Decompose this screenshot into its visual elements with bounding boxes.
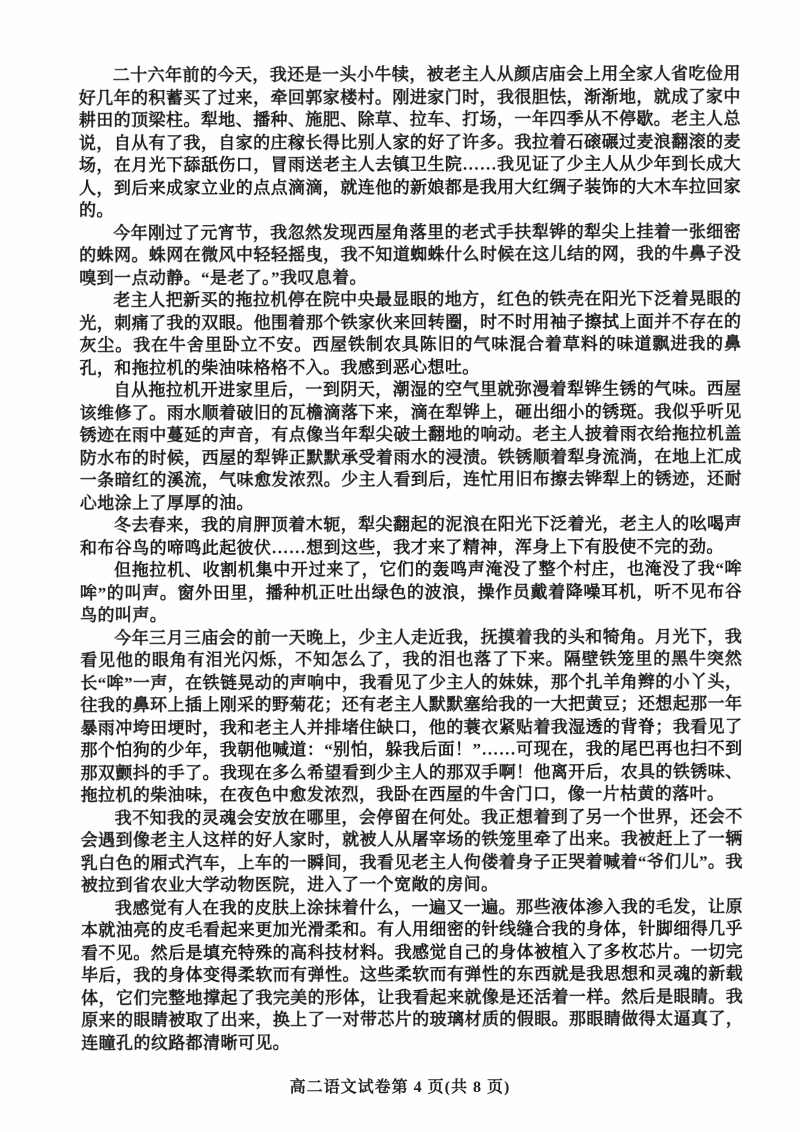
passage-paragraph-3: 老主人把新买的拖拉机停在院中央最显眼的地方，红色的铁壳在阳光下泛着晃眼的光，刺痛…: [79, 288, 741, 380]
exam-scan-page: 二十六年前的今天，我还是一头小牛犊，被老主人从颜店庙会上用全家人省吃俭用好几年的…: [0, 0, 800, 1132]
passage-paragraph-5: 冬去春来，我的肩胛顶着木轭，犁尖翻起的泥浪在阳光下泛着光，老主人的吆喝声和布谷鸟…: [80, 513, 742, 560]
passage-paragraph-9: 我感觉有人在我的皮肤上涂抹着什么，一遍又一遍。那些液体渗入我的毛发，让原本就油亮…: [81, 896, 743, 1055]
passage-paragraph-4: 自从拖拉机开进家里后，一到阴天，潮湿的空气里就弥漫着犁铧生锈的气味。西屋该维修了…: [80, 378, 742, 515]
passage-paragraph-2: 今年刚过了元宵节，我忽然发现西屋角落里的老式手扶犁铧的犁尖上挂着一张细密的蛛网。…: [79, 221, 741, 290]
reading-passage: 二十六年前的今天，我还是一头小牛犊，被老主人从颜店庙会上用全家人省吃俭用好几年的…: [79, 63, 744, 1055]
page-number-footer: 高二语文试卷第 4 页(共 8 页): [0, 1074, 800, 1097]
passage-paragraph-6: 但拖拉机、收割机集中开过来了，它们的轰鸣声淹没了整个村庄，也淹没了我“哞哞”的叫…: [80, 558, 742, 627]
passage-paragraph-8: 我不知我的灵魂会安放在哪里，会停留在何处。我正想着到了另一个世界，还会不会遇到像…: [81, 806, 743, 898]
passage-paragraph-7: 今年三月三庙会的前一天晚上，少主人走近我，抚摸着我的头和犄角。月光下，我看见他的…: [80, 626, 742, 808]
passage-paragraph-1: 二十六年前的今天，我还是一头小牛犊，被老主人从颜店庙会上用全家人省吃俭用好几年的…: [79, 63, 741, 222]
